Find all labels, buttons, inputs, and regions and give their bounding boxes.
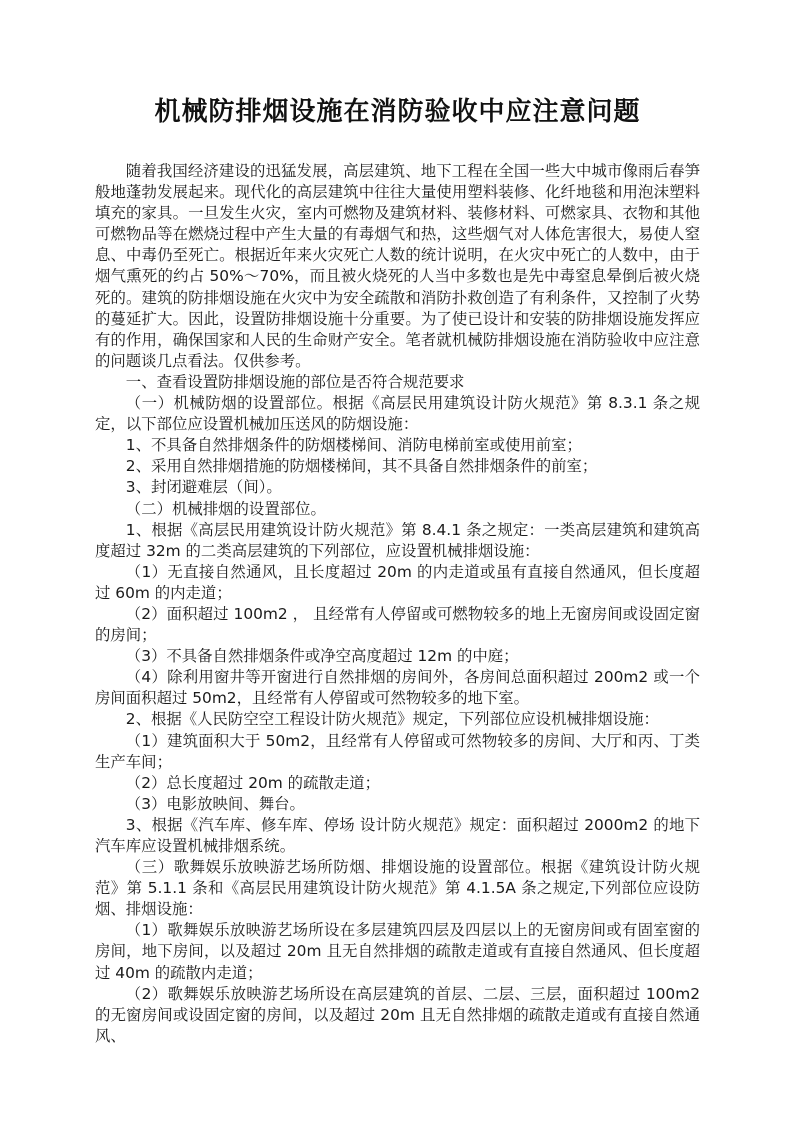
paragraph: （1）无直接自然通风，且长度超过 20m 的内走道或虽有直接自然通风，但长度超过… [95, 562, 700, 604]
paragraph: 2、采用自然排烟措施的防烟楼梯间，其不具备自然排烟条件的前室； [95, 456, 700, 477]
document-title: 机械防排烟设施在消防验收中应注意问题 [95, 0, 700, 128]
paragraph: （3）不具备自然排烟条件或净空高度超过 12m 的中庭； [95, 646, 700, 667]
paragraph: 3、封闭避难层（间）。 [95, 477, 700, 498]
paragraph: （2）歌舞娱乐放映游艺场所设在高层建筑的首层、二层、三层，面积超过 100m2 … [95, 984, 700, 1047]
paragraph: 随着我国经济建设的迅猛发展，高层建筑、地下工程在全国一些大中城市像雨后春笋般地蓬… [95, 161, 700, 372]
paragraph: （3）电影放映间、舞台。 [95, 794, 700, 815]
paragraph: 3、根据《汽车库、修车库、停场 设计防火规范》规定：面积超过 2000m2 的地… [95, 815, 700, 857]
paragraph: 一、查看设置防排烟设施的部位是否符合规范要求 [95, 372, 700, 393]
paragraph: （三）歌舞娱乐放映游艺场所防烟、排烟设施的设置部位。根据《建筑设计防火规范》第 … [95, 857, 700, 920]
paragraph: （1）歌舞娱乐放映游艺场所设在多层建筑四层及四层以上的无窗房间或有固室窗的房间，… [95, 920, 700, 983]
document-page: 机械防排烟设施在消防验收中应注意问题 随着我国经济建设的迅猛发展，高层建筑、地下… [0, 0, 793, 1122]
paragraph: （二）机械排烟的设置部位。 [95, 499, 700, 520]
document-body: 随着我国经济建设的迅猛发展，高层建筑、地下工程在全国一些大中城市像雨后春笋般地蓬… [95, 161, 700, 1047]
paragraph: （2）总长度超过 20m 的疏散走道； [95, 773, 700, 794]
paragraph: （一）机械防烟的设置部位。根据《高层民用建筑设计防火规范》第 8.3.1 条之规… [95, 393, 700, 435]
paragraph: （1）建筑面积大于 50m2，且经常有人停留或可然物较多的房间、大厅和丙、丁类生… [95, 731, 700, 773]
paragraph: 2、根据《人民防空空工程设计防火规范》规定，下列部位应设机械排烟设施： [95, 709, 700, 730]
paragraph: （4）除利用窗井等开窗进行自然排烟的房间外，各房间总面积超过 200m2 或一个… [95, 667, 700, 709]
document-content: 机械防排烟设施在消防验收中应注意问题 随着我国经济建设的迅猛发展，高层建筑、地下… [95, 0, 700, 1047]
paragraph: 1、根据《高层民用建筑设计防火规范》第 8.4.1 条之规定：一类高层建筑和建筑… [95, 520, 700, 562]
paragraph: （2）面积超过 100m2 ， 且经常有人停留或可燃物较多的地上无窗房间或设固定… [95, 604, 700, 646]
paragraph: 1、不具备自然排烟条件的防烟楼梯间、消防电梯前室或使用前室； [95, 435, 700, 456]
